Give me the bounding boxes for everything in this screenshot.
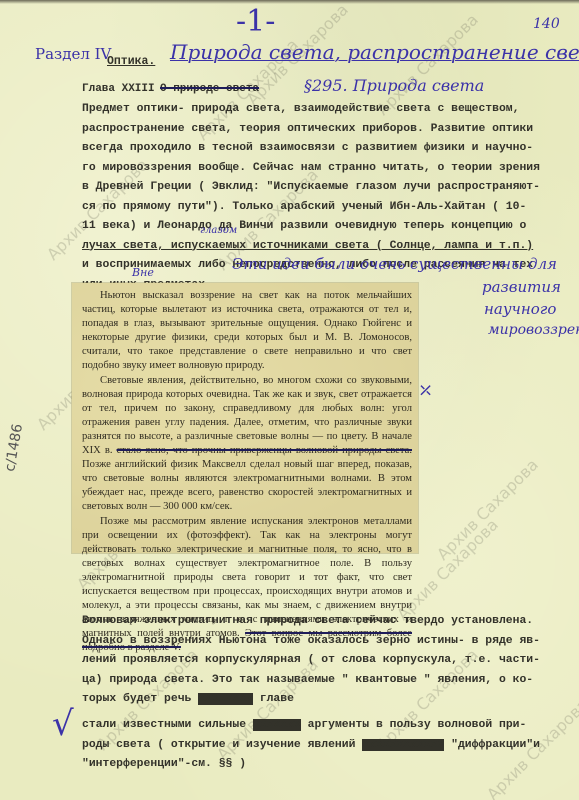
text-line: "интерференции"-см. §§ ) — [82, 755, 540, 775]
text-segment: "диффракции"и — [451, 739, 540, 751]
handwritten-note-line: мировоззрения. — [488, 322, 579, 338]
blacked-out-text: xxxxxxx — [253, 719, 301, 731]
clipping-paragraph: Ньютон высказал воззрение на свет как на… — [82, 289, 412, 374]
text-line: распространение света, теория оптических… — [82, 120, 540, 140]
blacked-out-text: xxxxxxxxxxxx — [362, 739, 444, 751]
page-number: -1- — [236, 4, 275, 39]
text-line: Предмет оптики- природа света, взаимодей… — [82, 100, 540, 120]
text-segment: аргументы в пользу волновой при- — [308, 719, 527, 731]
clipping-paragraph: Световые явления, действительно, во мног… — [82, 374, 412, 515]
typed-body-bottom: Волновая электромагнитная природа света … — [82, 612, 540, 710]
handwritten-title: Природа света, распространение света — [170, 40, 579, 64]
text-segment: роды света ( открытие и изучение явлений — [82, 739, 355, 751]
text-line: Однако в воззрениях Ньютона тоже оказало… — [82, 632, 540, 652]
archive-number: 140 — [533, 16, 560, 32]
insert-vnye: Вне — [132, 266, 154, 279]
clipping-sentence: Световые явления, действительно, во мног… — [82, 375, 412, 456]
handwritten-note-line: Эти идеи были очень существенны для — [232, 255, 557, 273]
margin-mark-icon: ⤫ — [418, 380, 433, 401]
chapter-struck-title: О природе света — [160, 80, 259, 100]
insert-glazom: глазом — [200, 225, 237, 236]
section-label: Раздел IV — [35, 45, 111, 63]
text-line: в Древней Греции ( Эвклид: "Испускаемые … — [82, 178, 540, 198]
text-line: лучах света, испускаемых источниками све… — [82, 237, 540, 257]
checkmark-icon: √ — [52, 704, 74, 744]
blacked-out-text: xxxxxxxx — [198, 693, 253, 705]
text-line: всегда проходило в тесной взаимосвязи с … — [82, 139, 540, 159]
text-segment: стали известными сильные — [82, 719, 246, 731]
text-line: роды света ( открытие и изучение явлений… — [82, 736, 540, 756]
text-line: стали известными сильные xxxxxxx аргумен… — [82, 716, 540, 736]
inventory-mark: с/1486 — [2, 423, 26, 473]
handwritten-note-line: научного — [484, 300, 556, 318]
page-top-edge — [0, 0, 579, 4]
clipping-sentence: Позже английский физик Максвелл сделал н… — [82, 459, 412, 512]
text-line: лений проявляется корпускулярная ( от сл… — [82, 651, 540, 671]
text-segment: торых будет речь — [82, 693, 191, 705]
clipping-text: Ньютон высказал воззрение на свет как на… — [82, 289, 412, 655]
text-line: ся по прямому пути"). Только арабский уч… — [82, 198, 540, 218]
section-title: Оптика. — [107, 52, 155, 72]
text-line: Волновая электромагнитная природа света … — [82, 612, 540, 632]
text-line: ца) природа света. Это так называемые " … — [82, 671, 540, 691]
paragraph-ref: §295. Природа света — [304, 76, 484, 95]
text-line: торых будет речь xxxxxxxx главе — [82, 690, 540, 710]
text-line: го мировоззрения вообще. Сейчас нам стра… — [82, 159, 540, 179]
pasted-clipping: Ньютон высказал воззрение на свет как на… — [72, 283, 418, 553]
typed-body-final: стали известными сильные xxxxxxx аргумен… — [82, 716, 540, 775]
chapter-label: Глава XXIII — [82, 80, 155, 100]
watermark: Архив Сахарова — [433, 455, 542, 564]
text-line: 11 века) и Леонардо да Винчи развили оче… — [82, 217, 540, 237]
handwritten-note-line: развития — [482, 278, 561, 296]
struck-text: стало ясно, что прочны приверженцы волно… — [117, 445, 412, 456]
text-segment: главе — [260, 693, 294, 705]
